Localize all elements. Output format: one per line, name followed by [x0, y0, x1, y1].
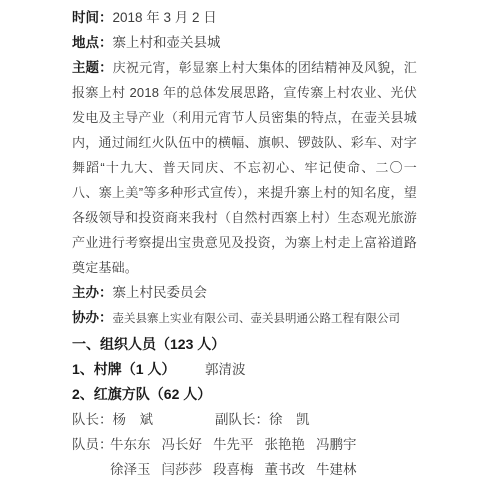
- location-value: 寨上村和壶关县城: [113, 35, 221, 50]
- organizer-label: 主办：: [72, 285, 113, 300]
- squad-leaders-row: 队长：杨 斌副队长：徐 凯: [72, 407, 417, 432]
- theme-text: 庆祝元宵，彰显寨上村大集体的团结精神及风貌，汇报寨上村 2018 年的总体发展思…: [72, 60, 417, 275]
- location-label: 地点：: [72, 35, 113, 50]
- squad-leader-name: 杨 斌: [113, 412, 154, 427]
- village-sign-row: 1、村牌（1 人）郭清波: [72, 357, 417, 382]
- location-field: 地点：寨上村和壶关县城: [72, 30, 417, 55]
- time-field: 时间：2018 年 3 月 2 日: [72, 5, 417, 30]
- squad-members-row-2: 徐泽玉 闫莎莎 段喜梅 董书改 牛建林: [72, 457, 417, 480]
- squad-member: 牛先平: [213, 432, 254, 457]
- theme-label: 主题：: [72, 60, 113, 75]
- squad-deputy-leader: 副队长：徐 凯: [215, 412, 310, 427]
- squad-deputy-label: 副队长：: [215, 412, 269, 427]
- time-value: 2018 年 3 月 2 日: [113, 10, 217, 25]
- co-organizer-field: 协办：壶关县寨上实业有限公司、壶关县明通公路工程有限公司: [72, 305, 417, 332]
- squad-member: 张艳艳: [265, 432, 306, 457]
- squad-leader: 队长：杨 斌: [72, 407, 215, 432]
- squad-members-row-1: 队员： 牛东东 冯长好 牛先平 张艳艳 冯鹏宇: [72, 432, 417, 457]
- squad-members-label: 队员：: [72, 432, 110, 457]
- theme-paragraph: 主题：庆祝元宵，彰显寨上村大集体的团结精神及风貌，汇报寨上村 2018 年的总体…: [72, 55, 417, 280]
- event-announcement-document: 时间：2018 年 3 月 2 日 地点：寨上村和壶关县城 主题：庆祝元宵，彰显…: [0, 0, 480, 480]
- squad-member: 牛建林: [316, 457, 357, 480]
- squad-member: 段喜梅: [213, 457, 254, 480]
- squad-deputy-name: 徐 凯: [269, 412, 310, 427]
- squad-member: 牛东东: [110, 432, 151, 457]
- squad-member: 冯鹏宇: [316, 432, 357, 457]
- squad-leader-label: 队长：: [72, 412, 113, 427]
- co-organizer-label: 协办：: [72, 310, 113, 325]
- squad-member: 冯长好: [162, 432, 203, 457]
- village-sign-title: 1、村牌（1 人）: [72, 357, 205, 382]
- red-flag-squad-heading: 2、红旗方队（62 人）: [72, 382, 417, 407]
- squad-member: 闫莎莎: [162, 457, 203, 480]
- squad-member: 董书改: [265, 457, 306, 480]
- time-label: 时间：: [72, 10, 113, 25]
- village-sign-person: 郭清波: [205, 362, 246, 377]
- organizer-field: 主办：寨上村民委员会: [72, 280, 417, 305]
- squad-member: 徐泽玉: [110, 457, 151, 480]
- section-heading-organization-personnel: 一、组织人员（123 人）: [72, 332, 417, 357]
- organizer-value: 寨上村民委员会: [113, 285, 208, 300]
- co-organizer-value: 壶关县寨上实业有限公司、壶关县明通公路工程有限公司: [113, 313, 401, 325]
